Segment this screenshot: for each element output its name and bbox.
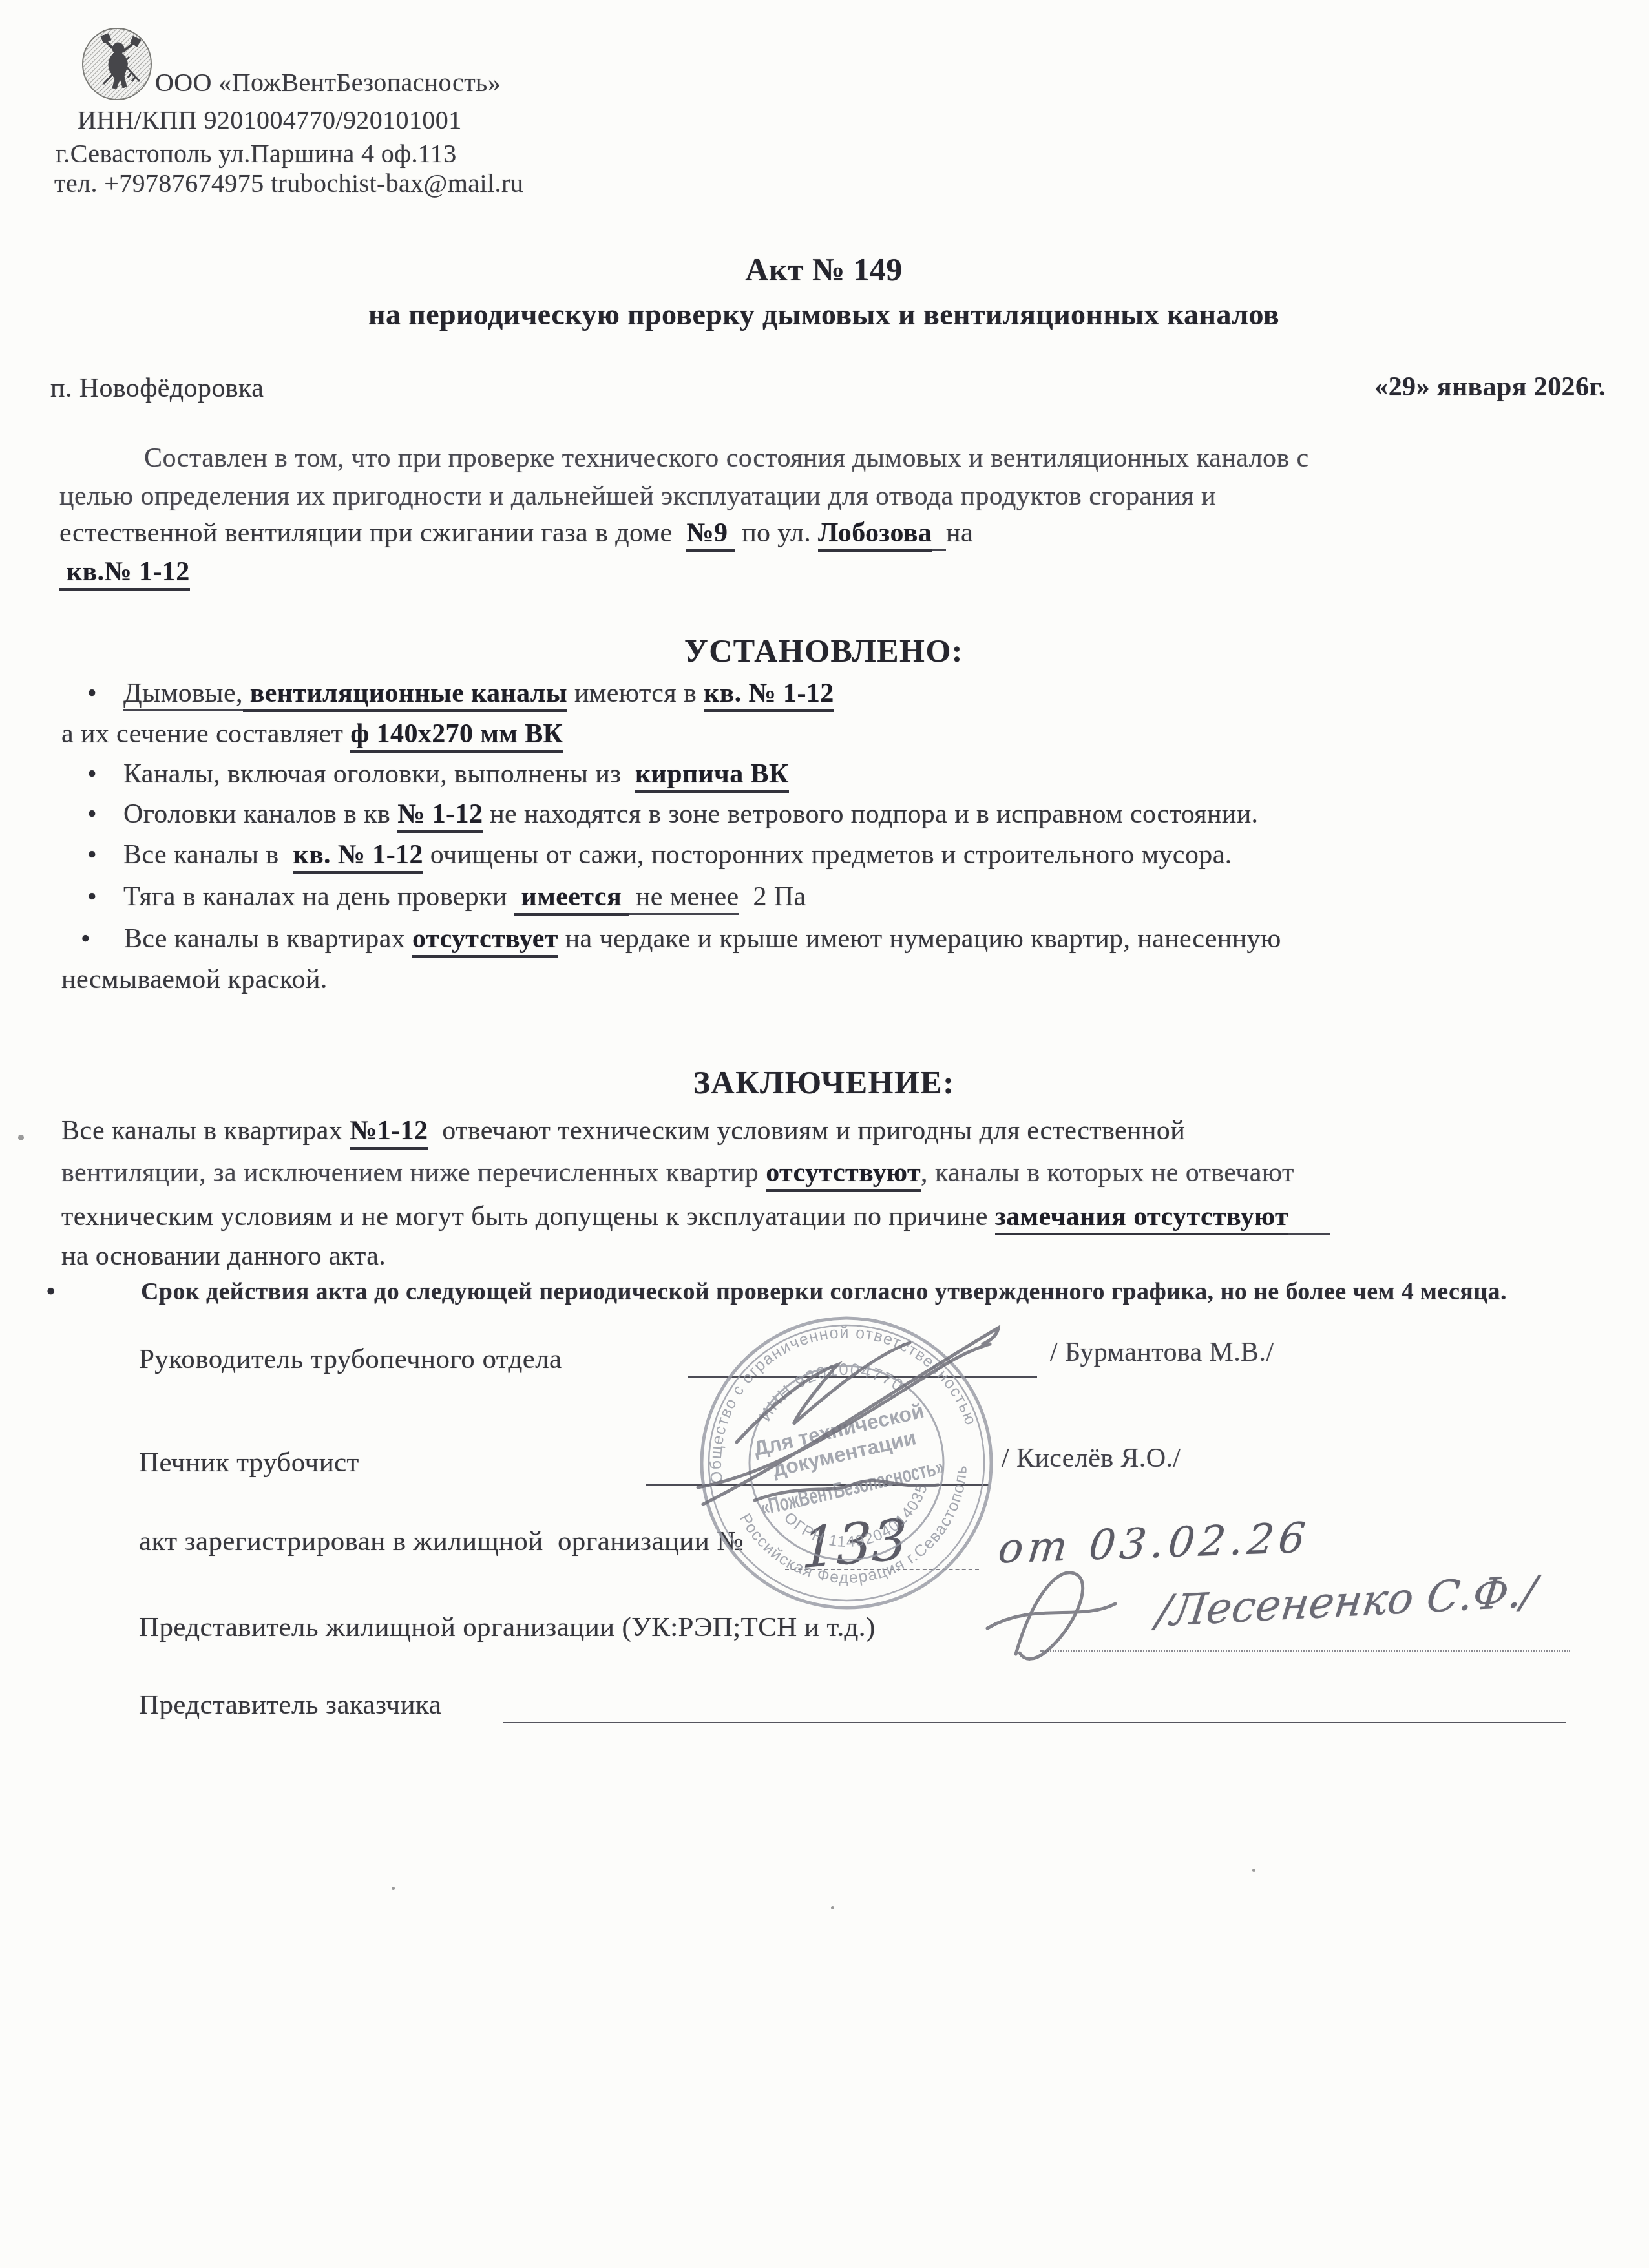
established-item: •Все каналы в кв. № 1-12 очищены от сажи…: [87, 841, 1232, 868]
chimney-sweep-logo-icon: [81, 27, 152, 101]
bullet-marker: •: [87, 801, 123, 828]
section-established-heading: УСТАНОВЛЕНО:: [39, 635, 1609, 667]
handwritten-registration-date: от 03.02.26: [996, 1514, 1312, 1573]
date: «29» января 2026г.: [1034, 373, 1606, 401]
company-address: г.Севастополь ул.Паршина 4 оф.113: [56, 141, 457, 167]
company-inn-kpp: ИНН/КПП 9201004770/920101001: [78, 107, 462, 133]
act-title: Акт № 149: [39, 253, 1609, 286]
sig-name-kiselev: / Киселёв Я.О./: [1002, 1445, 1181, 1472]
bullet-marker: •: [87, 761, 123, 788]
validity-text: Срок действия акта до следующей периодич…: [141, 1279, 1507, 1304]
established-item: •Оголовки каналов в кв № 1-12 не находят…: [87, 801, 1259, 828]
company-name: ООО «ПожВентБезопасность»: [155, 70, 501, 96]
scan-speck: [831, 1906, 834, 1909]
section-conclusion-heading: ЗАКЛЮЧЕНИЕ:: [39, 1066, 1609, 1098]
established-item: •Дымовые, вентиляционные каналы имеются …: [87, 680, 834, 707]
intro-line: Составлен в том, что при проверке технич…: [61, 445, 1309, 472]
bullet-marker: •: [87, 841, 123, 868]
established-item: • Все каналы в квартирах отсутствует на …: [81, 925, 1281, 952]
act-subject: на периодическую проверку дымовых и вент…: [39, 300, 1609, 330]
conclusion-line: вентиляции, за исключением ниже перечисл…: [61, 1159, 1294, 1186]
scan-speck: [392, 1887, 395, 1890]
conclusion-line: Все каналы в квартирах №1-12 отвечают те…: [61, 1117, 1185, 1144]
bullet-marker: •: [87, 680, 123, 707]
established-item: а их сечение составляет ф 140х270 мм ВК: [61, 720, 563, 748]
company-phone-email: тел. +79787674975 trubochist-bax@mail.ru: [54, 171, 523, 196]
handwritten-housing-rep-name: /Лесененко С.Ф./: [1154, 1566, 1540, 1636]
scan-speck: [1252, 1869, 1255, 1872]
sig-label-chimney-sweep: Печник трубочист: [139, 1449, 359, 1476]
signature-line: [1040, 1650, 1570, 1652]
company-round-stamp: Общество с ограниченной ответственностью…: [667, 1283, 1026, 1643]
intro-line: естественной вентиляции при сжигании газ…: [59, 520, 973, 547]
validity-bullet: •: [47, 1279, 56, 1304]
scan-speck: [18, 1135, 24, 1140]
sig-label-registration: акт зарегистрирован в жилищной организац…: [139, 1528, 744, 1555]
established-item: •Тяга в каналах на день проверки имеется…: [87, 883, 806, 910]
intro-line: кв.№ 1-12: [59, 558, 190, 585]
place: п. Новофёдоровка: [50, 375, 264, 402]
bullet-marker: •: [81, 925, 117, 952]
scanned-act-document: ООО «ПожВентБезопасность» ИНН/КПП 920100…: [0, 0, 1649, 2268]
sig-name-burmantova: / Бурмантова М.В./: [1050, 1339, 1274, 1366]
established-item: несмываемой краской.: [61, 966, 328, 993]
bullet-marker: •: [87, 883, 123, 910]
conclusion-line: на основании данного акта.: [61, 1243, 386, 1270]
sig-label-customer-rep: Представитель заказчика: [139, 1691, 441, 1719]
sig-label-head-of-dept: Руководитель трубопечного отдела: [139, 1345, 562, 1373]
conclusion-line: техническим условиям и не могут быть доп…: [61, 1203, 1330, 1230]
signature-line: [503, 1722, 1566, 1723]
established-item: •Каналы, включая оголовки, выполнены из …: [87, 761, 789, 788]
intro-line: целью определения их пригодности и дальн…: [59, 483, 1216, 510]
